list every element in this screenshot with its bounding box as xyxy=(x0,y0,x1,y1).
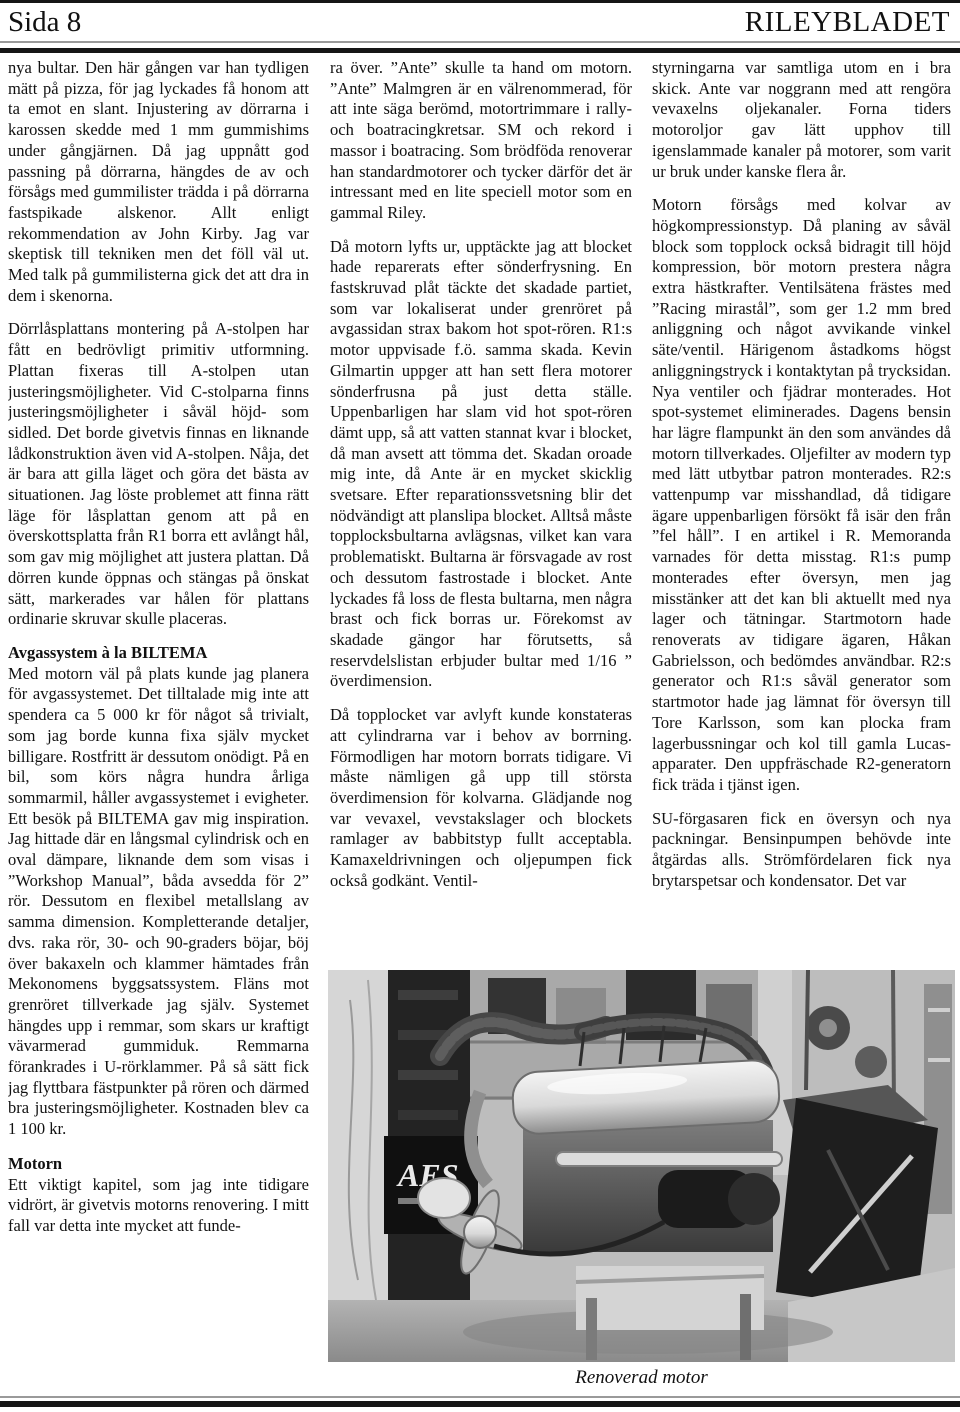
text-column-1: nya bultar. Den här gången var han tydli… xyxy=(8,58,309,1380)
photo-caption: Renoverad motor xyxy=(328,1366,955,1390)
paragraph: Dörrlåsplattans montering på A-stolpen h… xyxy=(8,319,309,630)
footer-rule-thin xyxy=(0,1396,960,1398)
section-heading-avgassystem: Avgassystem à la BILTEMA xyxy=(8,643,309,664)
engine-photo-illustration: AES xyxy=(328,970,955,1362)
masthead-rule-thick xyxy=(0,48,960,53)
paragraph: Då motorn lyfts ur, upptäckte jag att bl… xyxy=(330,237,632,692)
text-column-3: styrningarna var samtliga utom en i bra … xyxy=(652,58,951,968)
paragraph: ra över. ”Ante” skulle ta hand om motorn… xyxy=(330,58,632,224)
masthead: Sida 8 RILEYBLADET xyxy=(0,5,960,41)
masthead-rule-thin xyxy=(0,41,960,43)
paragraph: Ett viktigt kapitel, som jag inte tidiga… xyxy=(8,1175,309,1237)
paragraph: Då topplocket var avlyft kunde konstater… xyxy=(330,705,632,891)
renovated-engine-photo: AES xyxy=(328,970,955,1362)
section-heading-motorn: Motorn xyxy=(8,1154,309,1175)
text-column-2: ra över. ”Ante” skulle ta hand om motorn… xyxy=(330,58,632,962)
paragraph: Med motorn väl på plats kunde jag planer… xyxy=(8,664,309,1140)
paragraph: Motorn försågs med kolvar av högkompress… xyxy=(652,195,951,795)
paragraph: nya bultar. Den här gången var han tydli… xyxy=(8,58,309,306)
footer-rule-thick xyxy=(0,1401,960,1407)
masthead-title: RILEYBLADET xyxy=(745,5,950,39)
newsletter-page: Sida 8 RILEYBLADET nya bultar. Den här g… xyxy=(0,0,960,1412)
page-number: Sida 8 xyxy=(8,5,81,39)
top-rule xyxy=(0,0,960,3)
paragraph: SU-förgasaren fick en översyn och nya pa… xyxy=(652,809,951,892)
paragraph: styrningarna var samtliga utom en i bra … xyxy=(652,58,951,182)
